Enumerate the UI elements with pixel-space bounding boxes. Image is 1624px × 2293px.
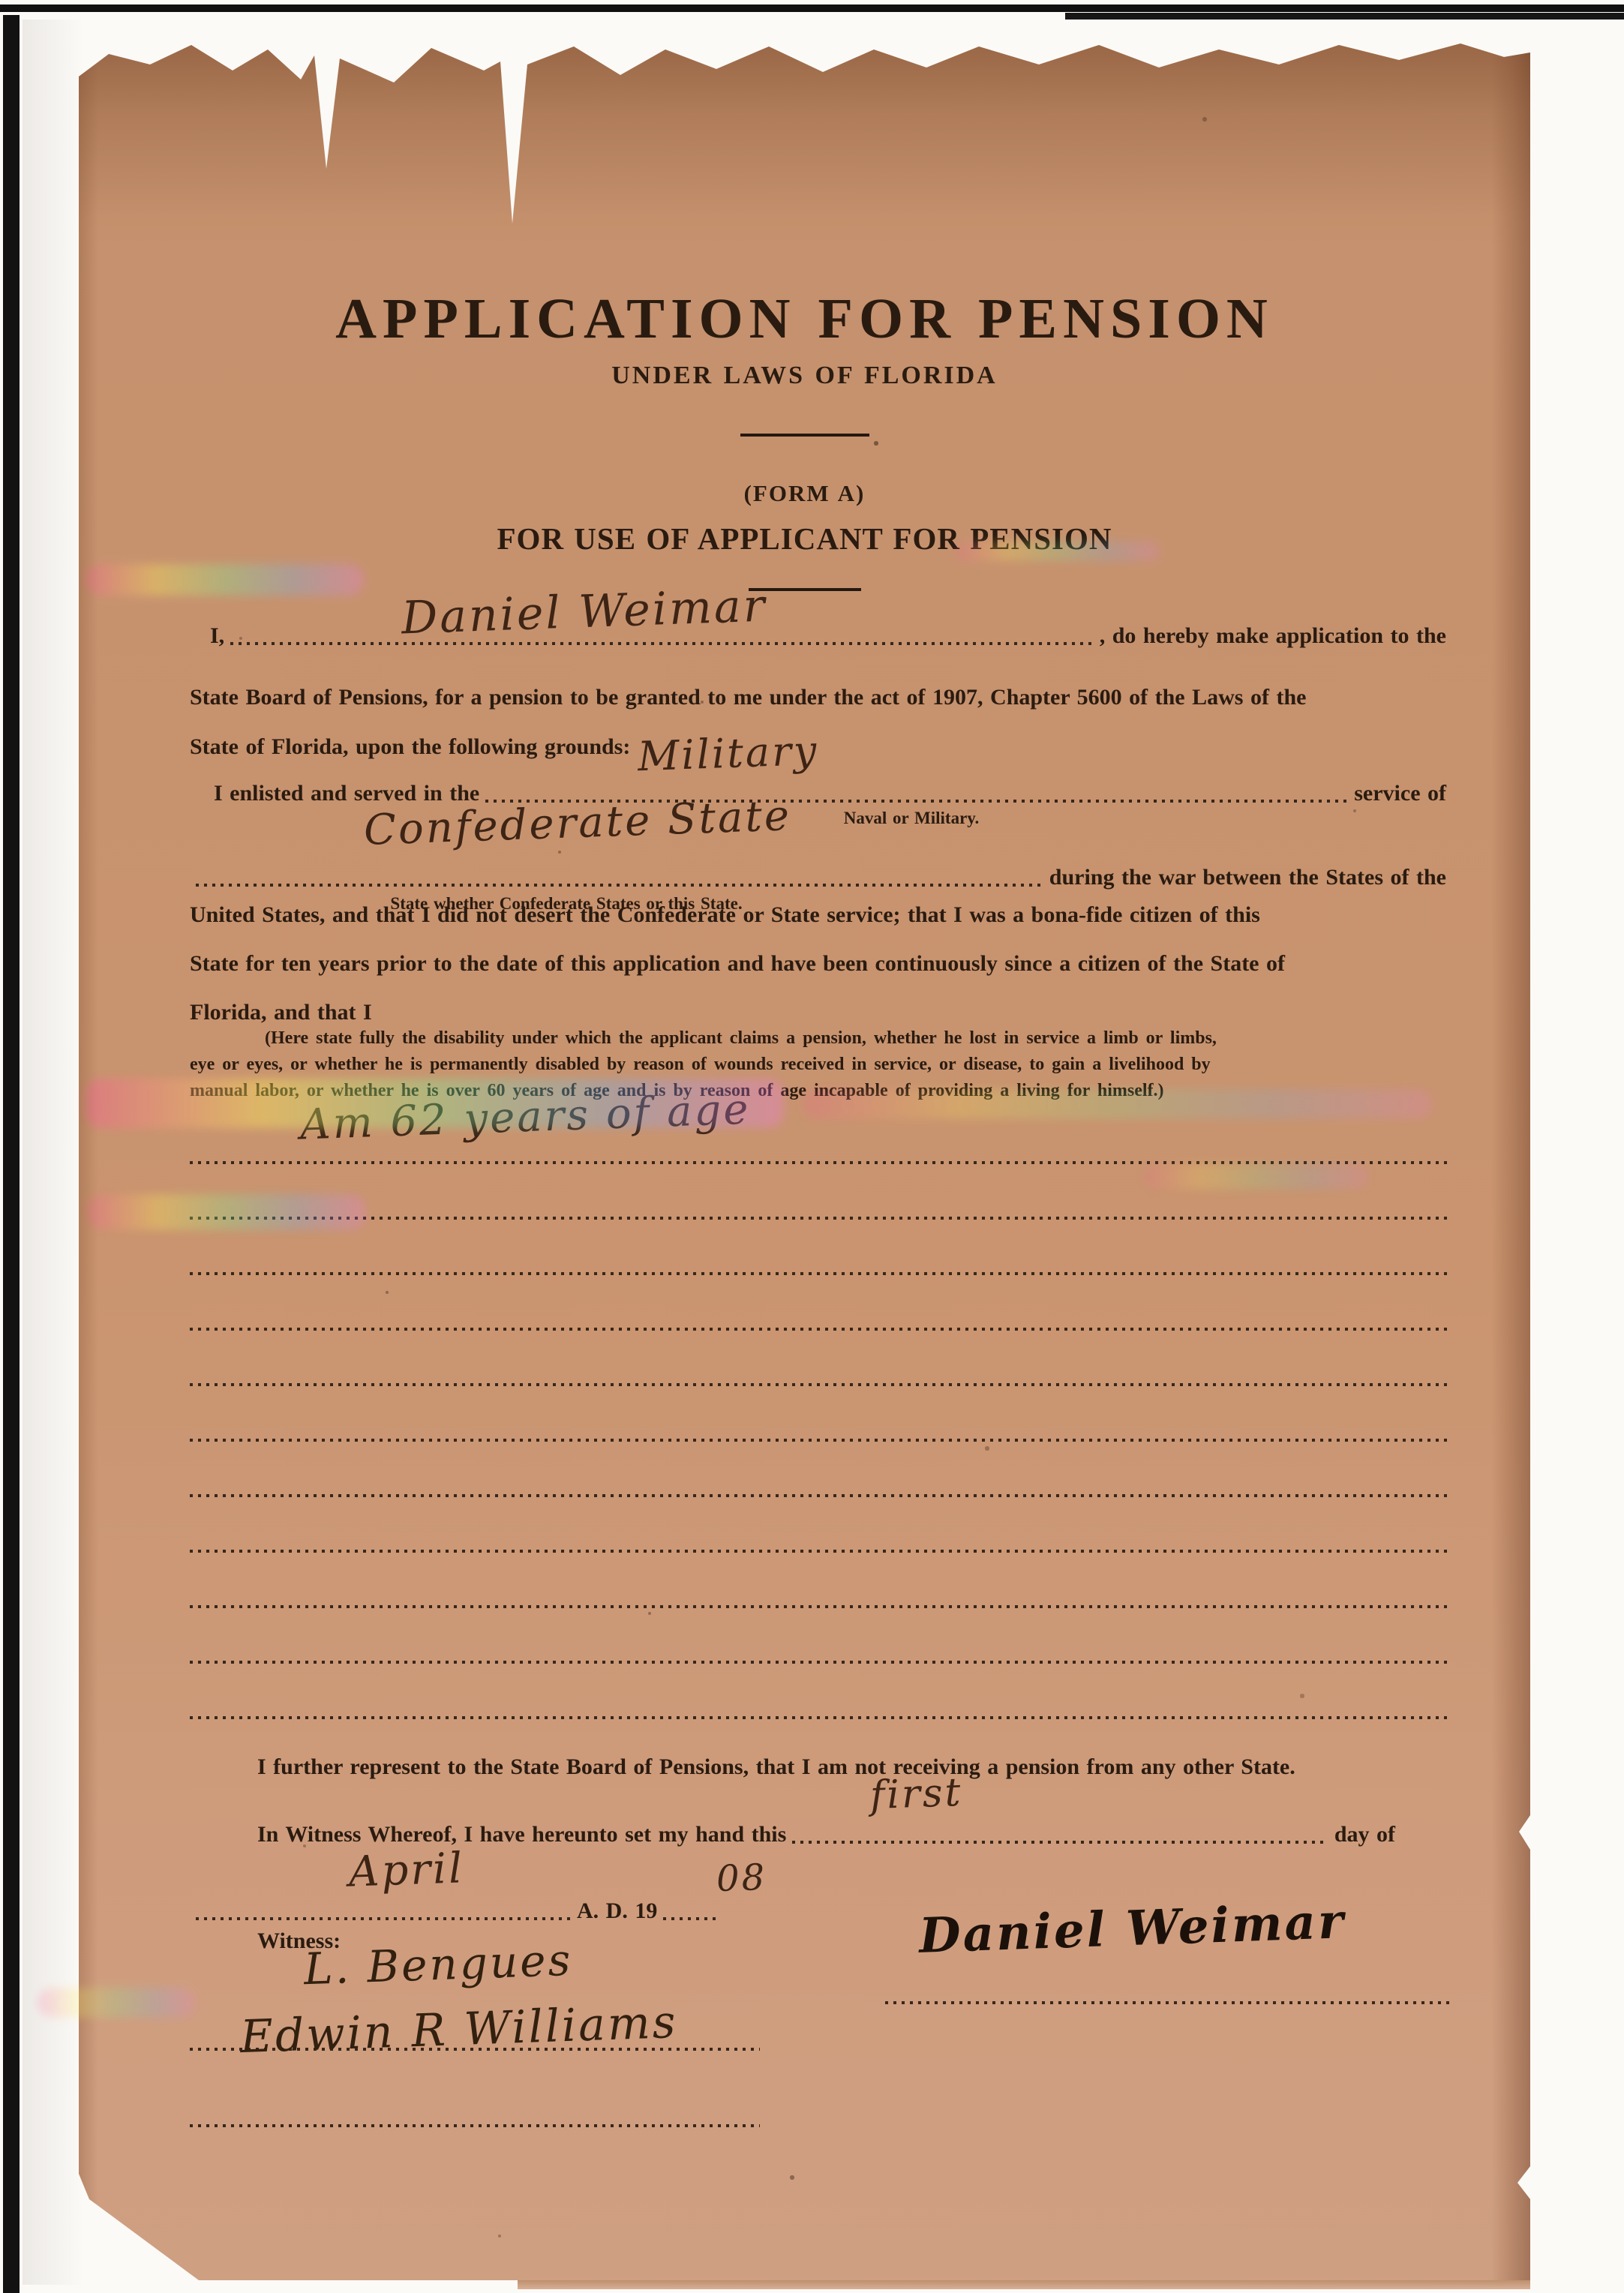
blank-dotted-line — [190, 1217, 1448, 1220]
blank-dotted-line — [190, 1494, 1448, 1497]
year-handwritten: 08 — [716, 1859, 767, 1897]
day-field-line — [792, 1841, 1328, 1844]
paper-top-shade — [79, 23, 1530, 218]
continuation-line-1: United States, and that I did not desert… — [190, 902, 1260, 929]
intro-line-1: I, , do hereby make application to the — [210, 623, 1446, 650]
further-statement: I further represent to the State Board o… — [257, 1754, 1295, 1781]
blank-lines — [190, 1217, 1448, 1772]
applicant-signature-handwritten: Daniel Weimar — [918, 1898, 1346, 1961]
service-state-handwritten: Confederate State — [363, 795, 792, 852]
form-label: (FORM A) — [79, 480, 1530, 507]
applicant-name-field-line — [230, 642, 1094, 645]
service-state-field-line — [196, 884, 1043, 887]
witness-signature-1-handwritten: L. Bengues — [303, 1938, 573, 1991]
blank-dotted-line — [190, 1605, 1448, 1608]
form-use-heading: FOR USE OF APPLICANT FOR PENSION — [79, 521, 1530, 557]
divider-rule — [740, 434, 869, 437]
scanned-document: APPLICATION FOR PENSION UNDER LAWS OF FL… — [0, 0, 1624, 2293]
document-title: APPLICATION FOR PENSION — [79, 287, 1530, 352]
witness-clause-after: day of — [1334, 1821, 1395, 1848]
intro-prefix: I, — [210, 623, 224, 650]
day-handwritten: first — [869, 1773, 963, 1815]
intro-line-2: State Board of Pensions, for a pension t… — [190, 684, 1306, 711]
enlisted-after: service of — [1354, 780, 1446, 807]
witness-signature-2-handwritten: Edwin R Williams — [239, 2000, 678, 2060]
scanner-bar-top — [0, 5, 1624, 12]
witness-signature-2-line — [190, 2124, 760, 2127]
blank-dotted-line — [190, 1716, 1448, 1719]
blank-dotted-line — [190, 1661, 1448, 1664]
witness-clause-before: In Witness Whereof, I have hereunto set … — [257, 1821, 786, 1848]
month-handwritten: April — [348, 1847, 465, 1893]
blank-dotted-line — [190, 1550, 1448, 1553]
plastic-sleeve-edge — [23, 20, 83, 2285]
ad-prefix: A. D. 19 — [577, 1898, 657, 1925]
document-paper: APPLICATION FOR PENSION UNDER LAWS OF FL… — [79, 23, 1530, 2280]
month-year-line: A. D. 19 — [190, 1898, 880, 1925]
blank-dotted-line — [190, 1439, 1448, 1442]
war-after: during the war between the States of the — [1049, 864, 1446, 891]
intro-after-name: , do hereby make application to the — [1100, 623, 1446, 650]
year-field-line — [663, 1917, 716, 1920]
witness-clause-line: In Witness Whereof, I have hereunto set … — [257, 1821, 1395, 1848]
continuation-line-3: Florida, and that I — [190, 999, 372, 1026]
page-stack-edge — [518, 2279, 1530, 2289]
month-field-line — [196, 1917, 571, 1920]
scanner-bar-top-right — [1065, 13, 1624, 20]
continuation-line-2: State for ten years prior to the date of… — [190, 950, 1285, 977]
enlisted-line: I enlisted and served in the service of — [214, 780, 1446, 807]
disability-note-line-2: eye or eyes, or whether he is permanentl… — [190, 1054, 1211, 1076]
applicant-signature-line — [885, 2001, 1449, 2004]
intro-line-3: State of Florida, upon the following gro… — [190, 734, 630, 761]
blank-dotted-line — [190, 1383, 1448, 1386]
disability-answer-line — [190, 1161, 1448, 1164]
war-line: during the war between the States of the — [190, 864, 1446, 891]
scanner-bar-left — [3, 15, 20, 2293]
blank-dotted-line — [190, 1272, 1448, 1275]
applicant-name-handwritten: Daniel Weimar — [401, 584, 767, 641]
disability-note-line-1: (Here state fully the disability under w… — [265, 1028, 1217, 1049]
blank-dotted-line — [190, 1328, 1448, 1331]
document-subtitle: UNDER LAWS OF FLORIDA — [79, 362, 1530, 390]
service-branch-handwritten: Military — [637, 731, 819, 777]
